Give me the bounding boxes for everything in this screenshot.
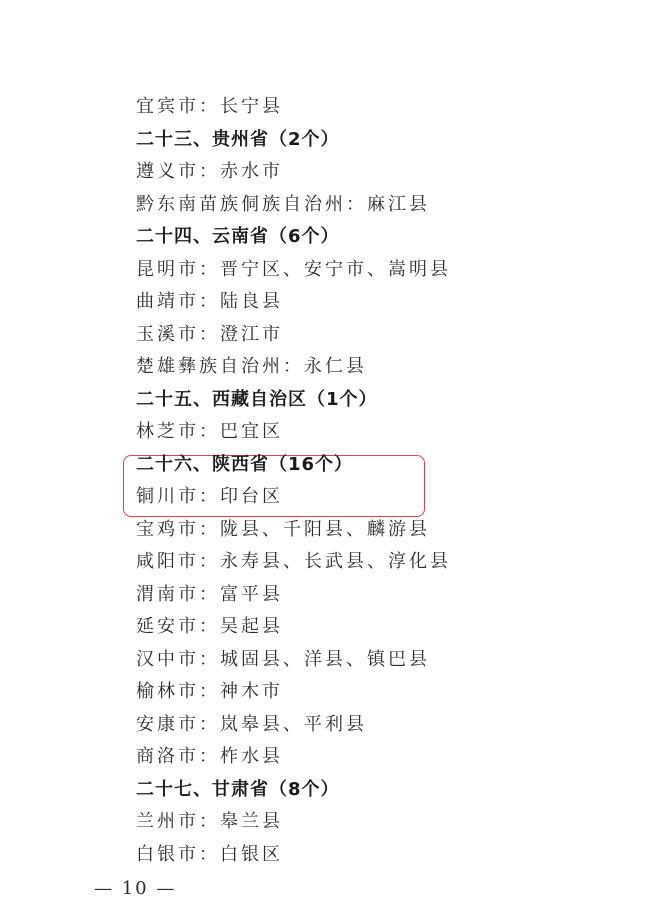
entry-line: 玉溪市：澄江市 [136,324,283,346]
section-heading: 二十七、甘肃省（8个） [136,779,340,801]
entry-line: 曲靖市：陆良县 [136,291,283,313]
entry-line: 楚雄彝族自治州：永仁县 [136,356,367,378]
entry-line: 宝鸡市：陇县、千阳县、麟游县 [136,519,430,541]
entry-line: 林芝市：巴宜区 [136,421,283,443]
entry-line: 渭南市：富平县 [136,584,283,606]
entry-line: 商洛市：柞水县 [136,746,283,768]
document-page: 宜宾市：长宁县 二十三、贵州省（2个） 遵义市：赤水市 黔东南苗族侗族自治州：麻… [0,0,650,910]
section-heading: 二十三、贵州省（2个） [136,129,340,151]
section-heading: 二十五、西藏自治区（1个） [136,389,378,411]
entry-line: 咸阳市：永寿县、长武县、淳化县 [136,551,451,573]
entry-line: 兰州市：皋兰县 [136,811,283,833]
entry-line: 宜宾市：长宁县 [136,96,283,118]
entry-line: 遵义市：赤水市 [136,161,283,183]
section-heading: 二十六、陕西省（16个） [136,454,353,476]
entry-line: 黔东南苗族侗族自治州：麻江县 [136,194,430,216]
page-number: — 10 — [94,878,176,899]
entry-line: 昆明市：晋宁区、安宁市、嵩明县 [136,259,451,281]
entry-line: 汉中市：城固县、洋县、镇巴县 [136,649,430,671]
entry-line: 白银市：白银区 [136,844,283,866]
entry-line: 安康市：岚皋县、平利县 [136,714,367,736]
section-heading: 二十四、云南省（6个） [136,226,340,248]
entry-line: 延安市：吴起县 [136,616,283,638]
entry-line: 榆林市：神木市 [136,681,283,703]
entry-line: 铜川市：印台区 [136,486,283,508]
